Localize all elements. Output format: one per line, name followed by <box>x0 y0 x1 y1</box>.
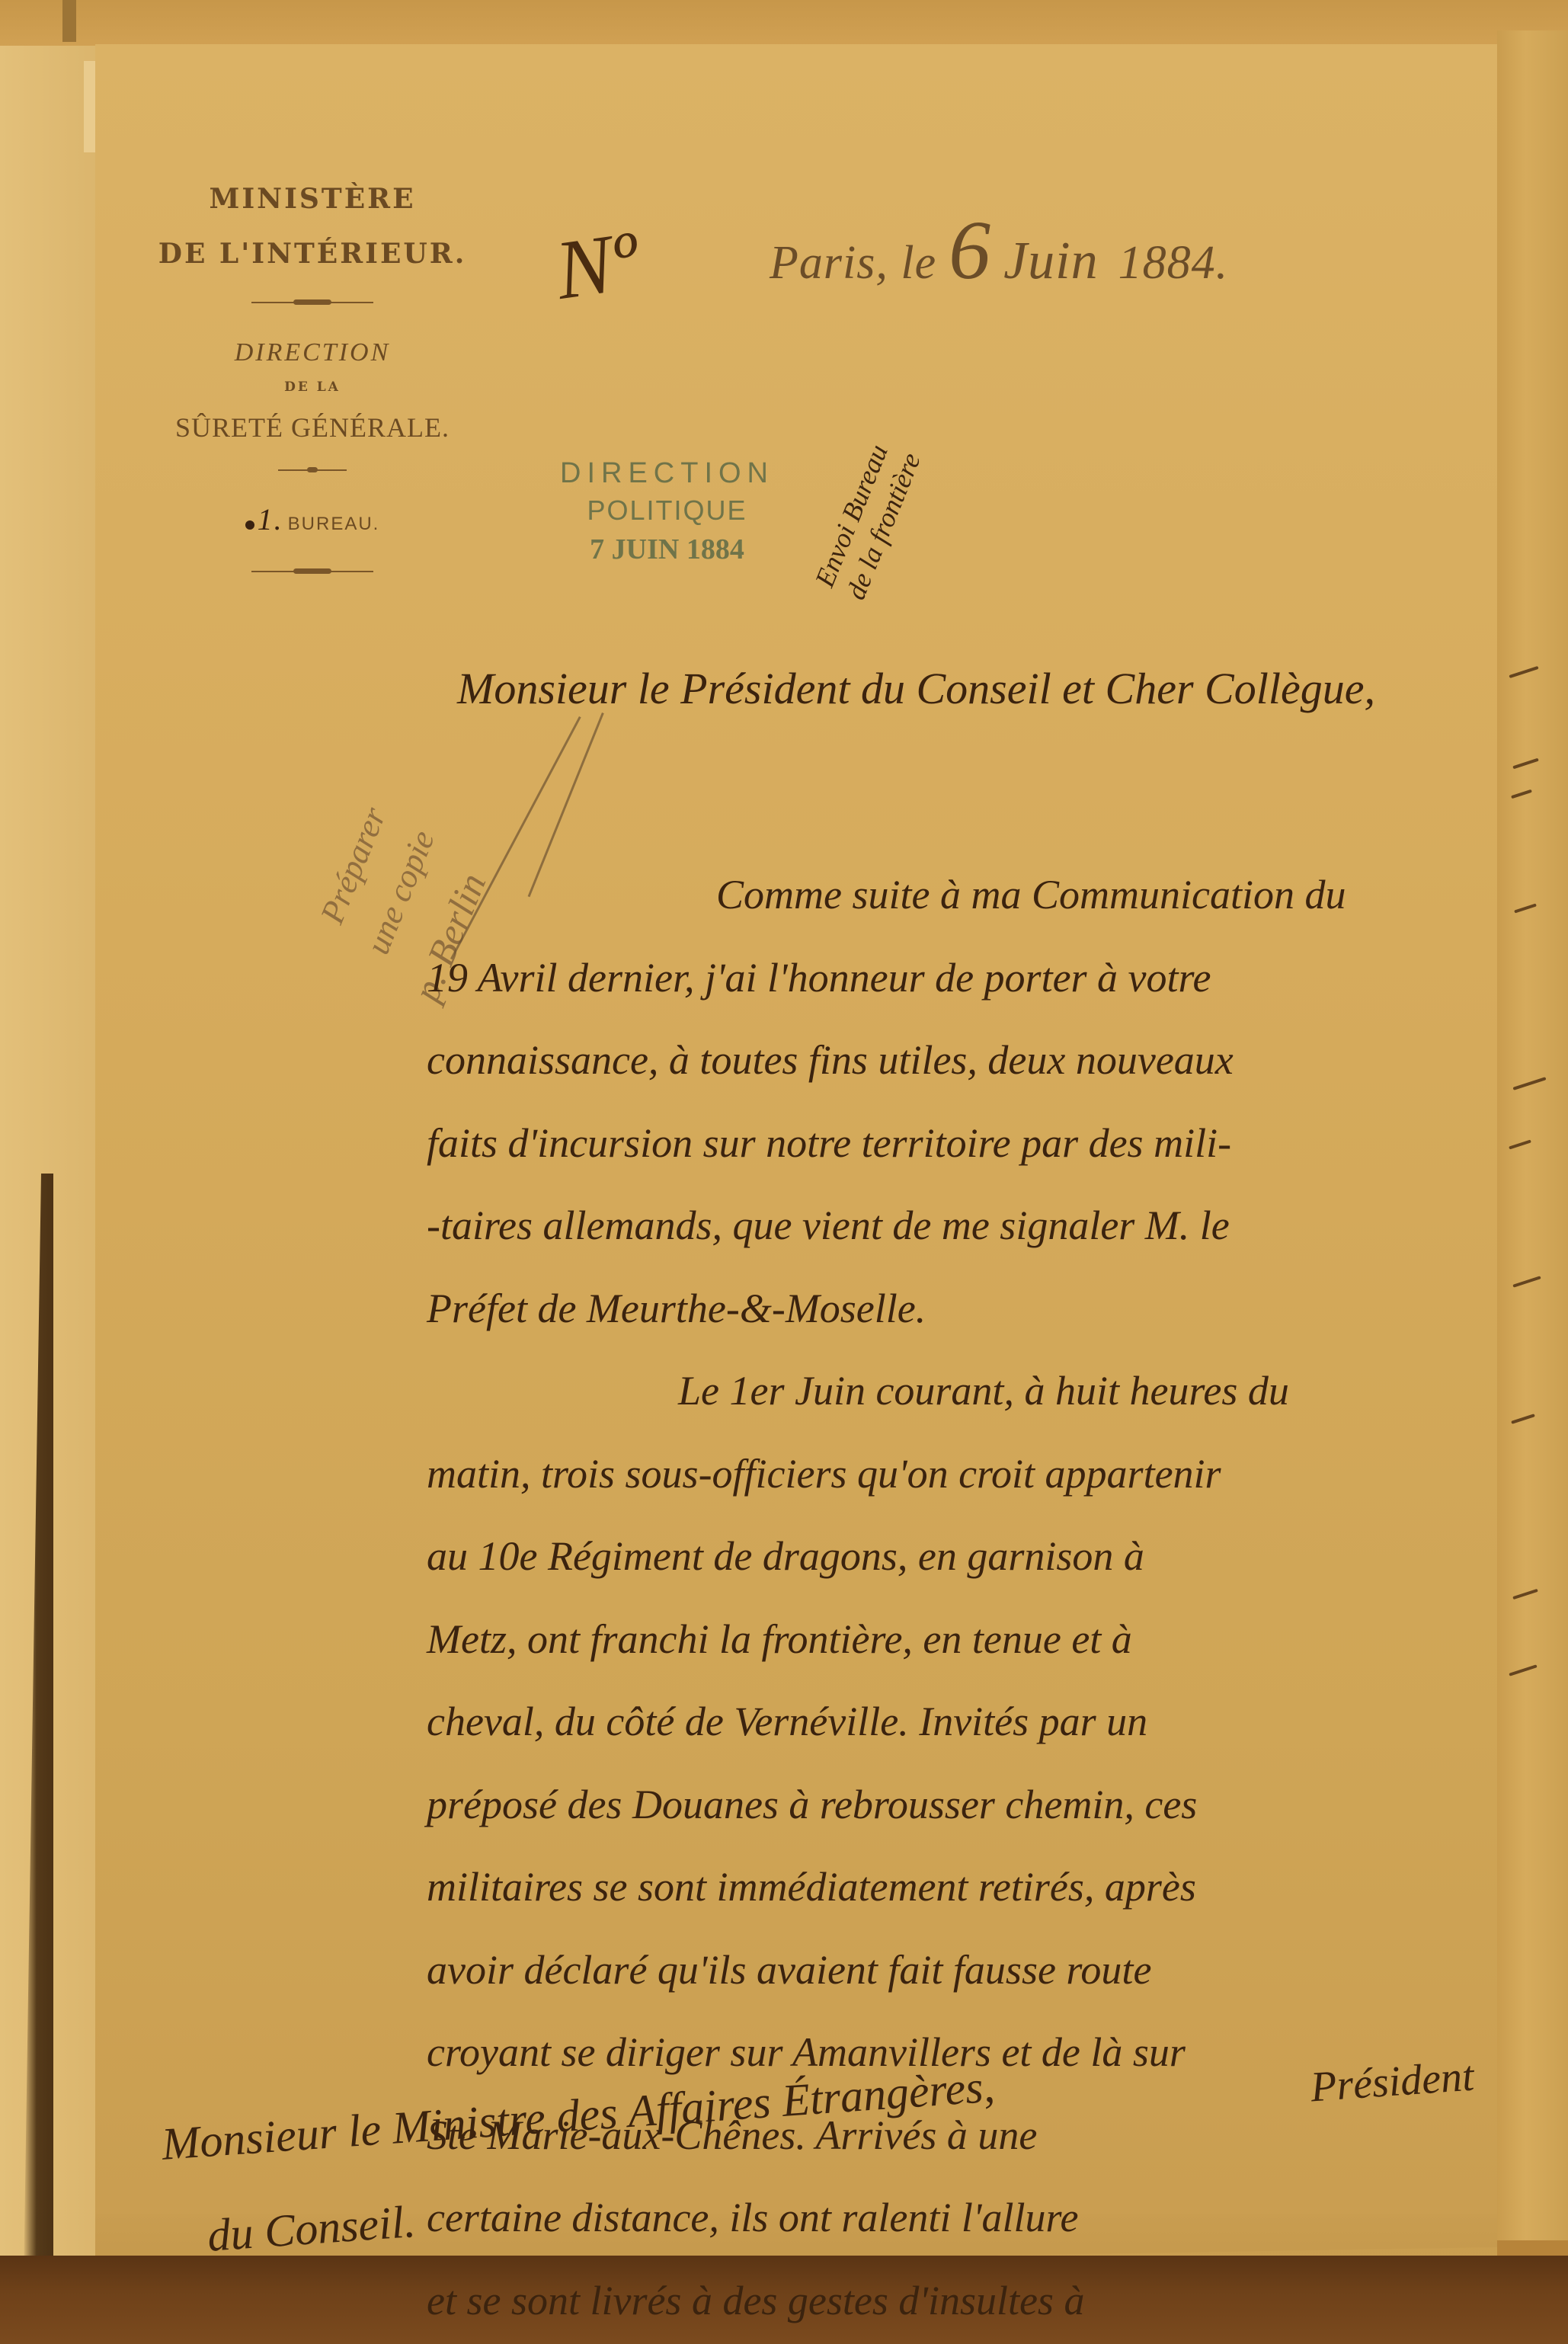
body-line: faits d'incursion sur notre territoire p… <box>427 1102 1486 1185</box>
body-line: Comme suite à ma Communication du <box>427 853 1486 937</box>
body-line: Préfet de Meurthe-&-Moselle. <box>427 1267 1486 1350</box>
underlying-sheet-right <box>1497 30 1568 2240</box>
body-line: Metz, ont franchi la frontière, en tenue… <box>427 1598 1486 1681</box>
letterhead-surete: SÛRETÉ GÉNÉRALE. <box>130 411 495 444</box>
binder-slot <box>62 0 76 42</box>
stamp-line-1: DIRECTION <box>560 457 774 490</box>
letterhead: MINISTÈRE DE L'INTÉRIEUR. DIRECTION DE L… <box>130 183 495 575</box>
bureau-number: 1. <box>258 502 283 536</box>
date-year: 1884. <box>1118 237 1229 289</box>
letterhead-de-la: DE LA <box>130 379 495 395</box>
letterhead-interior: DE L'INTÉRIEUR. <box>130 238 495 270</box>
letterhead-bureau: 1.BUREAU. <box>130 501 495 537</box>
ornament-divider <box>251 299 373 306</box>
ornament-divider <box>251 568 373 575</box>
date-month: Juin <box>1003 232 1099 290</box>
body-line: militaires se sont immédiatement retirés… <box>427 1846 1486 1929</box>
date-line: Paris, le6Juin1884. <box>770 202 1228 299</box>
body-line: avoir déclaré qu'ils avaient fait fausse… <box>427 1929 1486 2012</box>
body-line: connaissance, à toutes fins utiles, deux… <box>427 1019 1486 1102</box>
reception-stamp: DIRECTION POLITIQUE 7 JUIN 1884 <box>560 457 774 566</box>
handwritten-initials: Nº <box>550 212 645 319</box>
body-line: 19 Avril dernier, j'ai l'honneur de port… <box>427 937 1486 1020</box>
ornament-divider <box>278 466 347 474</box>
salutation: Monsieur le Président du Conseil et Cher… <box>457 663 1375 714</box>
body-line: cheval, du côté de Vernéville. Invités p… <box>427 1680 1486 1763</box>
stamp-date: 7 JUIN 1884 <box>560 533 774 566</box>
body-line: matin, trois sous-officiers qu'on croit … <box>427 1433 1486 1516</box>
date-prefix: Paris, le <box>770 237 936 289</box>
body-line: certaine distance, ils ont ralenti l'all… <box>427 2176 1486 2259</box>
body-line: au 10e Régiment de dragons, en garnison … <box>427 1515 1486 1598</box>
body-line: préposé des Douanes à rebrousser chemin,… <box>427 1763 1486 1846</box>
letterhead-ministry: MINISTÈRE <box>130 183 495 215</box>
body-line: Le 1er Juin courant, à huit heures du <box>427 1350 1486 1433</box>
ink-dot <box>245 520 254 530</box>
stamp-line-2: POLITIQUE <box>560 495 774 527</box>
bureau-label: BUREAU. <box>288 514 380 534</box>
letterhead-direction: DIRECTION <box>130 338 495 367</box>
body-line: -taires allemands, que vient de me signa… <box>427 1184 1486 1267</box>
date-day: 6 <box>949 203 991 296</box>
body-line: et se sont livrés à des gestes d'insulte… <box>427 2259 1486 2342</box>
